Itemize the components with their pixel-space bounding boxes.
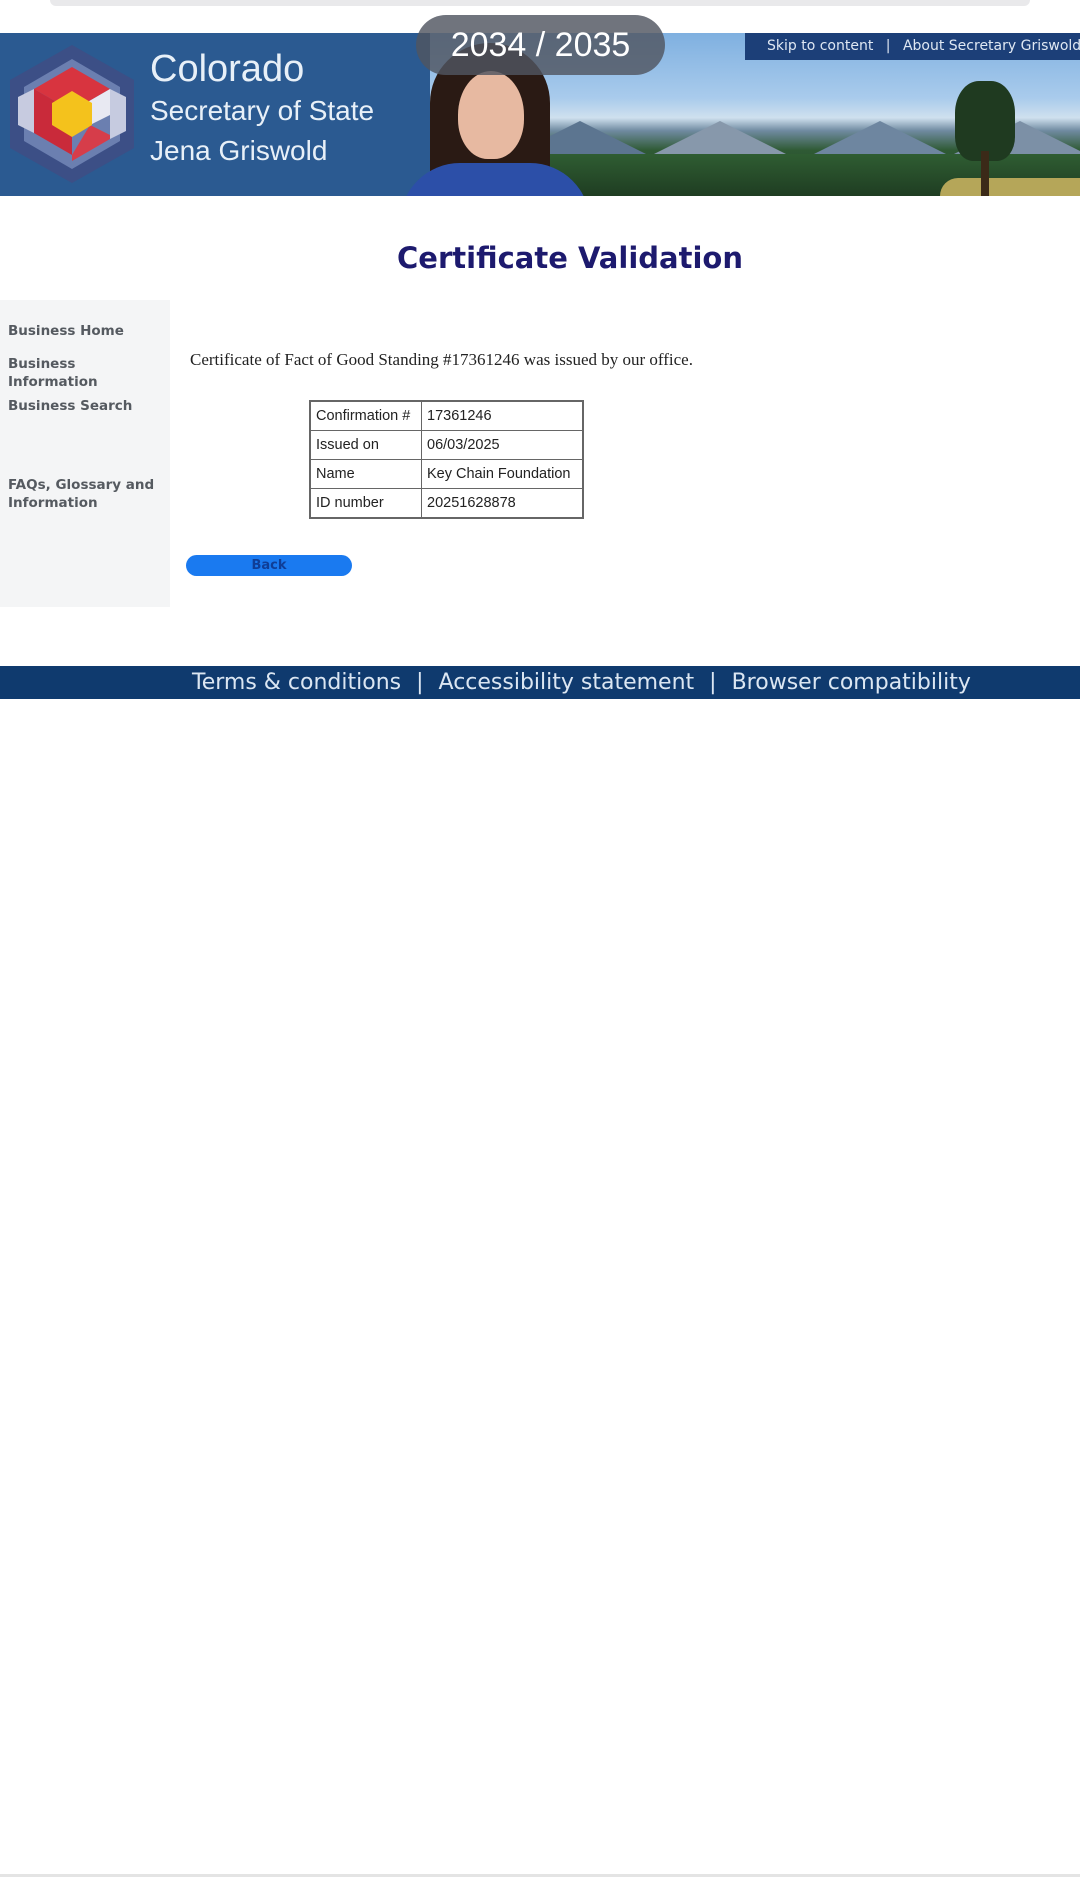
sidebar-item-business-home[interactable]: Business Home — [8, 322, 168, 340]
skip-to-content-link[interactable]: Skip to content — [767, 38, 873, 54]
footer-separator: | — [709, 670, 716, 695]
brand-official-name: Jena Griswold — [150, 131, 374, 171]
page-title: Certificate Validation — [0, 241, 1080, 275]
detail-value: 06/03/2025 — [422, 431, 584, 460]
page-counter-overlay: 2034 / 2035 — [416, 15, 665, 75]
detail-label: Confirmation # — [310, 401, 422, 431]
pine-tree-image — [950, 81, 1020, 196]
sidebar-item-faqs[interactable]: FAQs, Glossary and Information — [8, 476, 168, 512]
browser-top-edge — [50, 0, 1030, 6]
browser-compatibility-link[interactable]: Browser compatibility — [732, 670, 971, 695]
back-button[interactable]: Back — [186, 555, 352, 576]
accessibility-link[interactable]: Accessibility statement — [439, 670, 695, 695]
bottom-divider — [0, 1874, 1080, 1877]
about-secretary-link[interactable]: About Secretary Griswold — [903, 38, 1080, 54]
detail-label: Issued on — [310, 431, 422, 460]
table-row: Confirmation # 17361246 — [310, 401, 583, 431]
certificate-details-table: Confirmation # 17361246 Issued on 06/03/… — [309, 400, 584, 519]
sidebar-nav: Business Home Business Information Busin… — [0, 300, 170, 607]
detail-label: ID number — [310, 489, 422, 519]
sidebar-item-business-search[interactable]: Business Search — [8, 397, 168, 415]
detail-value: Key Chain Foundation — [422, 460, 584, 489]
detail-label: Name — [310, 460, 422, 489]
validation-message: Certificate of Fact of Good Standing #17… — [190, 350, 693, 370]
utility-separator: | — [886, 38, 891, 54]
table-row: Name Key Chain Foundation — [310, 460, 583, 489]
table-row: ID number 20251628878 — [310, 489, 583, 519]
brand-office: Secretary of State — [150, 91, 374, 131]
utility-nav: Skip to content | About Secretary Griswo… — [745, 33, 1080, 60]
colorado-sos-logo-icon[interactable] — [10, 45, 134, 183]
footer-separator: | — [416, 670, 423, 695]
sidebar-item-business-information[interactable]: Business Information — [8, 355, 108, 391]
site-brand: Colorado Secretary of State Jena Griswol… — [150, 47, 374, 171]
detail-value: 17361246 — [422, 401, 584, 431]
table-row: Issued on 06/03/2025 — [310, 431, 583, 460]
site-footer: Terms & conditions | Accessibility state… — [0, 666, 1080, 699]
terms-link[interactable]: Terms & conditions — [192, 670, 401, 695]
brand-state: Colorado — [150, 47, 374, 91]
detail-value: 20251628878 — [422, 489, 584, 519]
